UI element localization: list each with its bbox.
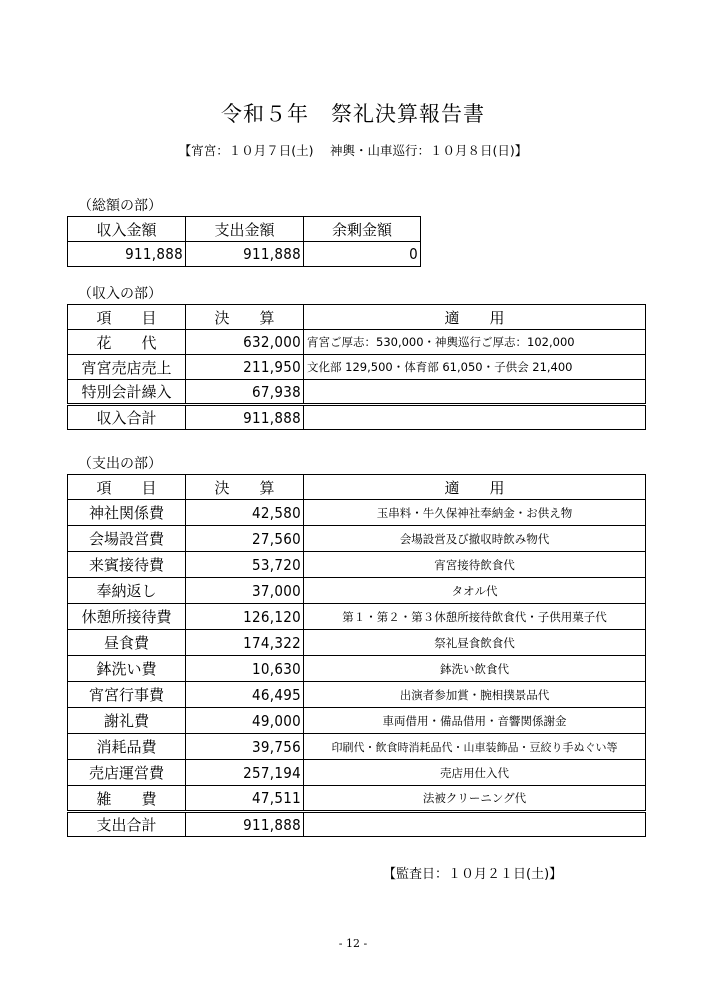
header-expense-total: 支出金額 xyxy=(186,217,304,242)
row-amount: 47,511 xyxy=(186,786,304,812)
row-note: 宵宮接待飲食代 xyxy=(304,552,646,578)
row-item: 奉納返し xyxy=(68,578,186,604)
row-item: 特別会計繰入 xyxy=(68,380,186,405)
expense-header-row: 項 目 決 算 適 用 xyxy=(68,475,646,500)
total-amount: 911,888 xyxy=(186,405,304,430)
row-amount: 39,756 xyxy=(186,734,304,760)
income-total-row: 収入合計 911,888 xyxy=(68,405,646,430)
table-row: 特別会計繰入 67,938 xyxy=(68,380,646,405)
row-item: 消耗品費 xyxy=(68,734,186,760)
row-amount: 632,000 xyxy=(186,330,304,355)
row-note: 第１・第２・第３休憩所接待飲食代・子供用菓子代 xyxy=(304,604,646,630)
table-row: 花 代 632,000 宵宮ご厚志：530,000・神輿巡行ご厚志：102,00… xyxy=(68,330,646,355)
total-note xyxy=(304,405,646,430)
table-row: 宵宮売店売上 211,950 文化部 129,500・体育部 61,050・子供… xyxy=(68,355,646,380)
total-amount: 911,888 xyxy=(186,812,304,837)
row-item: 宵宮売店売上 xyxy=(68,355,186,380)
table-row: 宵宮行事費 46,495 出演者参加賞・腕相撲景品代 xyxy=(68,682,646,708)
row-note: 宵宮ご厚志：530,000・神輿巡行ご厚志：102,000 xyxy=(304,330,646,355)
table-row: 売店運営費 257,194 売店用仕入代 xyxy=(68,760,646,786)
row-amount: 126,120 xyxy=(186,604,304,630)
header-item: 項 目 xyxy=(68,305,186,330)
table-row: 来賓接待費 53,720 宵宮接待飲食代 xyxy=(68,552,646,578)
row-amount: 42,580 xyxy=(186,500,304,526)
row-item: 来賓接待費 xyxy=(68,552,186,578)
income-section-label: （収入の部） xyxy=(78,283,162,303)
row-amount: 27,560 xyxy=(186,526,304,552)
row-note: 印刷代・飲食時消耗品代・山車装飾品・豆絞り手ぬぐい等 xyxy=(304,734,646,760)
row-item: 雑 費 xyxy=(68,786,186,812)
row-item: 謝礼費 xyxy=(68,708,186,734)
row-note: 祭礼昼食飲食代 xyxy=(304,630,646,656)
row-item: 休憩所接待費 xyxy=(68,604,186,630)
row-amount: 211,950 xyxy=(186,355,304,380)
row-item: 昼食費 xyxy=(68,630,186,656)
summary-section-label: （総額の部） xyxy=(78,195,162,215)
total-label: 支出合計 xyxy=(68,812,186,837)
row-item: 鉢洗い費 xyxy=(68,656,186,682)
header-surplus: 余剰金額 xyxy=(304,217,421,242)
row-amount: 67,938 xyxy=(186,380,304,405)
summary-value-row: 911,888 911,888 0 xyxy=(68,242,421,267)
header-note: 適 用 xyxy=(304,475,646,500)
income-total-value: 911,888 xyxy=(68,242,186,267)
expense-table: 項 目 決 算 適 用 神社関係費 42,580 玉串料・牛久保神社奉納金・お供… xyxy=(67,474,646,837)
table-row: 奉納返し 37,000 タオル代 xyxy=(68,578,646,604)
row-item: 売店運営費 xyxy=(68,760,186,786)
row-item: 花 代 xyxy=(68,330,186,355)
summary-table: 収入金額 支出金額 余剰金額 911,888 911,888 0 xyxy=(67,216,421,267)
row-note xyxy=(304,380,646,405)
table-row: 会場設営費 27,560 会場設営及び撤収時飲み物代 xyxy=(68,526,646,552)
header-income-total: 収入金額 xyxy=(68,217,186,242)
table-row: 謝礼費 49,000 車両借用・備品借用・音響関係謝金 xyxy=(68,708,646,734)
table-row: 鉢洗い費 10,630 鉢洗い飲食代 xyxy=(68,656,646,682)
audit-date: 【監査日：１０月２１日(土)】 xyxy=(383,863,562,882)
row-amount: 10,630 xyxy=(186,656,304,682)
total-note xyxy=(304,812,646,837)
row-amount: 46,495 xyxy=(186,682,304,708)
row-note: 文化部 129,500・体育部 61,050・子供会 21,400 xyxy=(304,355,646,380)
row-amount: 37,000 xyxy=(186,578,304,604)
table-row: 雑 費 47,511 法被クリーニング代 xyxy=(68,786,646,812)
expense-total-value: 911,888 xyxy=(186,242,304,267)
row-note: 法被クリーニング代 xyxy=(304,786,646,812)
expense-total-row: 支出合計 911,888 xyxy=(68,812,646,837)
row-amount: 53,720 xyxy=(186,552,304,578)
table-row: 神社関係費 42,580 玉串料・牛久保神社奉納金・お供え物 xyxy=(68,500,646,526)
table-row: 消耗品費 39,756 印刷代・飲食時消耗品代・山車装飾品・豆絞り手ぬぐい等 xyxy=(68,734,646,760)
row-item: 会場設営費 xyxy=(68,526,186,552)
row-item: 宵宮行事費 xyxy=(68,682,186,708)
income-table: 項 目 決 算 適 用 花 代 632,000 宵宮ご厚志：530,000・神輿… xyxy=(67,304,646,430)
header-note: 適 用 xyxy=(304,305,646,330)
page-number: - 12 - xyxy=(0,937,706,950)
row-amount: 174,322 xyxy=(186,630,304,656)
expense-section-label: （支出の部） xyxy=(78,453,162,473)
income-header-row: 項 目 決 算 適 用 xyxy=(68,305,646,330)
header-amount: 決 算 xyxy=(186,305,304,330)
header-amount: 決 算 xyxy=(186,475,304,500)
row-note: 会場設営及び撤収時飲み物代 xyxy=(304,526,646,552)
row-amount: 257,194 xyxy=(186,760,304,786)
summary-header-row: 収入金額 支出金額 余剰金額 xyxy=(68,217,421,242)
row-amount: 49,000 xyxy=(186,708,304,734)
row-item: 神社関係費 xyxy=(68,500,186,526)
event-dates: 【宵宮：１０月７日(土) 神輿・山車巡行：１０月８日(日)】 xyxy=(0,141,706,159)
table-row: 休憩所接待費 126,120 第１・第２・第３休憩所接待飲食代・子供用菓子代 xyxy=(68,604,646,630)
row-note: 鉢洗い飲食代 xyxy=(304,656,646,682)
row-note: 売店用仕入代 xyxy=(304,760,646,786)
row-note: タオル代 xyxy=(304,578,646,604)
row-note: 玉串料・牛久保神社奉納金・お供え物 xyxy=(304,500,646,526)
document-title: 令和５年 祭礼決算報告書 xyxy=(0,98,706,128)
row-note: 車両借用・備品借用・音響関係謝金 xyxy=(304,708,646,734)
surplus-value: 0 xyxy=(304,242,421,267)
row-note: 出演者参加賞・腕相撲景品代 xyxy=(304,682,646,708)
table-row: 昼食費 174,322 祭礼昼食飲食代 xyxy=(68,630,646,656)
header-item: 項 目 xyxy=(68,475,186,500)
total-label: 収入合計 xyxy=(68,405,186,430)
